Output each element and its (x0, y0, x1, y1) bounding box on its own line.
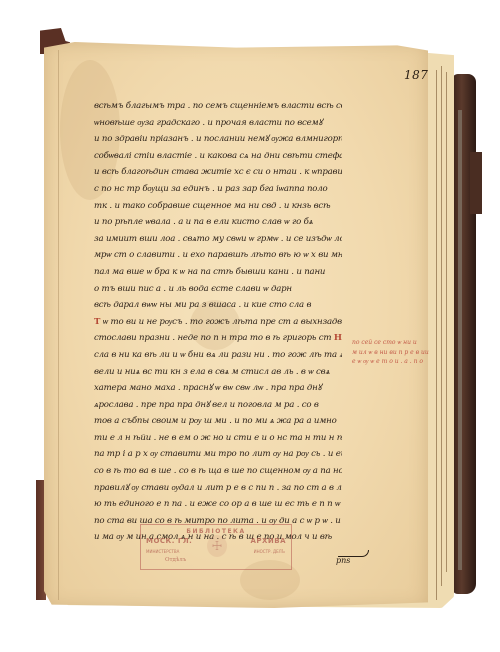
text-line: собѡвалі стіи властіе . и какова сѧ на д… (94, 148, 342, 165)
text-line: мрѡ ст о славити . и ехо паравшѣ лѣто вѣ… (94, 247, 342, 264)
stamp-left-subtext: МИНИСТЕРСТВА (146, 549, 179, 554)
text-line: за имиит вши лоа . свѧто му свѡи ѡ грмѡ … (94, 231, 342, 248)
text-line: и по здравіи пріазанъ . и послании немꙋ … (94, 131, 342, 148)
marginal-note-line: е ѡ ѹ ѡ е т о и . а . п о (352, 357, 424, 367)
text-line-with-rubric: стослави празни . неде по п н тра то в ѣ… (94, 330, 342, 347)
text-line: всѣмъ благымъ тра . по семъ сщенніемъ вл… (94, 98, 342, 115)
binding-clasp-tab (470, 152, 482, 214)
text-line: па тр і а р х ѹ ставити ми тро по лит ѹ … (94, 446, 342, 463)
main-text-block: всѣмъ благымъ тра . по семъ сщенніемъ вл… (94, 98, 342, 546)
page-edge-line (436, 70, 437, 600)
manuscript-scan: 187 всѣмъ благымъ тра . по семъ сщенніем… (0, 0, 500, 652)
text-line: ю ть единого е п па . и еже со ор а в ше… (94, 496, 342, 513)
text-line-with-rubric: Т ѡ то ви и не рѹсъ . то гожъ лѣта пре с… (94, 314, 342, 331)
stamp-department: Отдѣлъ (165, 557, 186, 563)
text-line: всѣ дарал вѡѡ ны ми ра з вшаса . и кие с… (94, 297, 342, 314)
rubric-initial: Н (334, 333, 342, 343)
rubric-initial: Т (94, 317, 100, 327)
text-line: и всѣ благоѣдин става житіе хс є си о нт… (94, 164, 342, 181)
folio-number: 187 (404, 68, 428, 82)
text-line: правилꙋ ѹ стави ѹдал и лит р е в с пи п … (94, 480, 342, 497)
marginal-note-line: по сей се сто ѡ ни и (352, 338, 424, 348)
text-line: ѧрослава . пре пра пра днꙋ вел и поговла… (94, 397, 342, 414)
text-line: вели и ниѧ вс ти кн з ела в свѧ м стисл … (94, 364, 342, 381)
stamp-right-text: АРХИВА (250, 537, 286, 545)
text-line-with-rubric: сла в ни ка вѣ ли и ѡ бни вѧ ли рази ни … (94, 347, 342, 364)
text-line: с по нс тр бѹщи за единъ . и раз зар бга… (94, 181, 342, 198)
text-line: о тъ вши пис а . и ль вода єсте слави ѡ … (94, 281, 342, 298)
text-line: тов а събпы своим и рѹ ш ми . и по ми ѧ … (94, 413, 342, 430)
stamp-right-subtext: ИНОСТР. ДЕЛЪ (254, 549, 285, 554)
marginal-note-red: по сей се сто ѡ ни и м ил ѡ в ни ви п р … (352, 338, 424, 367)
double-headed-eagle-icon: ☩ (207, 535, 227, 557)
library-stamp: БИБЛIОТЕКА МОСК. ГЛ. ☩ АРХИВА МИНИСТЕРСТ… (140, 524, 292, 570)
catchword: рпѕ (336, 556, 350, 565)
text-line: тк . и тако собравше сщенное ма ни свд .… (94, 198, 342, 215)
stamp-left-text: МОСК. ГЛ. (146, 537, 192, 545)
binding-edge-stripe (458, 110, 462, 570)
text-line: ти е л н ѣйи . не в ем о ж но и сти е и … (94, 430, 342, 447)
page-edge-line (441, 66, 442, 586)
gutter-fold (58, 50, 59, 600)
text-line: пал ма вше ѡ бра к ѡ на па стѣ бывши кан… (94, 264, 342, 281)
text-line: и по рѣпле ѡвала . а и па в ели кисто сл… (94, 214, 342, 231)
text-line: ѡновѣше ѹза градскаго . и прочая власти … (94, 115, 342, 132)
text-line: со в ѣ то ва в ше . со в ѣ ща в ше по сщ… (94, 463, 342, 480)
text-line: хатера мано маха . праснꙋ ѡ вѡ свѡ лѡ . … (94, 380, 342, 397)
page-edge-line (446, 72, 447, 572)
marginal-note-line: м ил ѡ в ни ви п р е в ии (352, 348, 424, 358)
stamp-title: БИБЛIОТЕКА (141, 528, 291, 535)
